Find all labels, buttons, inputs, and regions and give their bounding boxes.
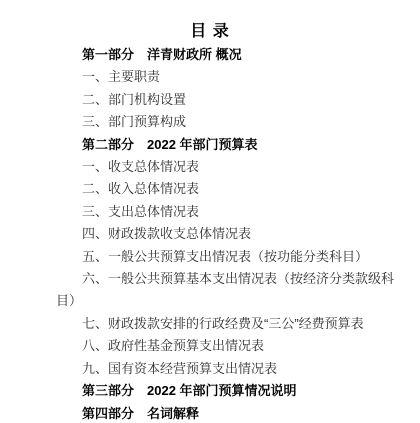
toc-section-heading-4: 第四部分 名词解释 (56, 403, 400, 423)
toc-entry: 一、主要职责 (56, 66, 400, 88)
toc-entry: 一、收支总体情况表 (56, 156, 400, 178)
document-page: 目 录 第一部分 洋青财政所 概况 一、主要职责 二、部门机构设置 三、部门预算… (0, 0, 420, 423)
toc-entry: 五、一般公共预算支出情况表（按功能分类科目） (56, 246, 400, 268)
toc-entry: 二、部门机构设置 (56, 89, 400, 111)
toc-section-heading-3: 第三部分 2022 年部门预算情况说明 (56, 380, 400, 402)
toc-entry: 八、政府性基金预算支出情况表 (56, 335, 400, 357)
toc-entry: 六、一般公共预算基本支出情况表（按经济分类款级科目） (56, 268, 400, 313)
document-title: 目 录 (0, 20, 420, 44)
toc-section-heading-2: 第二部分 2022 年部门预算表 (56, 134, 400, 156)
toc-entry: 七、财政拨款安排的行政经费及“三公”经费预算表 (56, 313, 400, 335)
toc-entry: 三、部门预算构成 (56, 111, 400, 133)
table-of-contents: 第一部分 洋青财政所 概况 一、主要职责 二、部门机构设置 三、部门预算构成 第… (0, 44, 420, 423)
toc-entry: 二、收入总体情况表 (56, 178, 400, 200)
toc-entry: 九、国有资本经营预算支出情况表 (56, 358, 400, 380)
toc-section-heading-1: 第一部分 洋青财政所 概况 (56, 44, 400, 66)
toc-entry: 三、支出总体情况表 (56, 201, 400, 223)
toc-entry: 四、财政拨款收支总体情况表 (56, 223, 400, 245)
